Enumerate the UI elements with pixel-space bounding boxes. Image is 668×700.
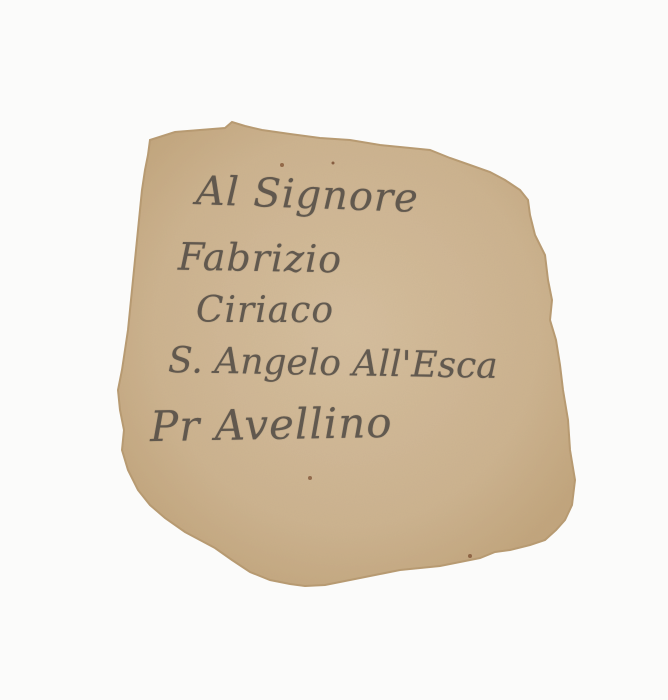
note-line-town: S. Angelo All'Esca [168, 340, 498, 387]
photo-scene: Al Signore Fabrizio Ciriaco S. Angelo Al… [0, 0, 668, 700]
note-line-province: Pr Avellino [150, 398, 393, 451]
note-line-salutation: Al Signore [195, 168, 419, 222]
note-line-first-name: Fabrizio [178, 235, 343, 282]
note-line-surname: Ciriaco [196, 290, 334, 331]
